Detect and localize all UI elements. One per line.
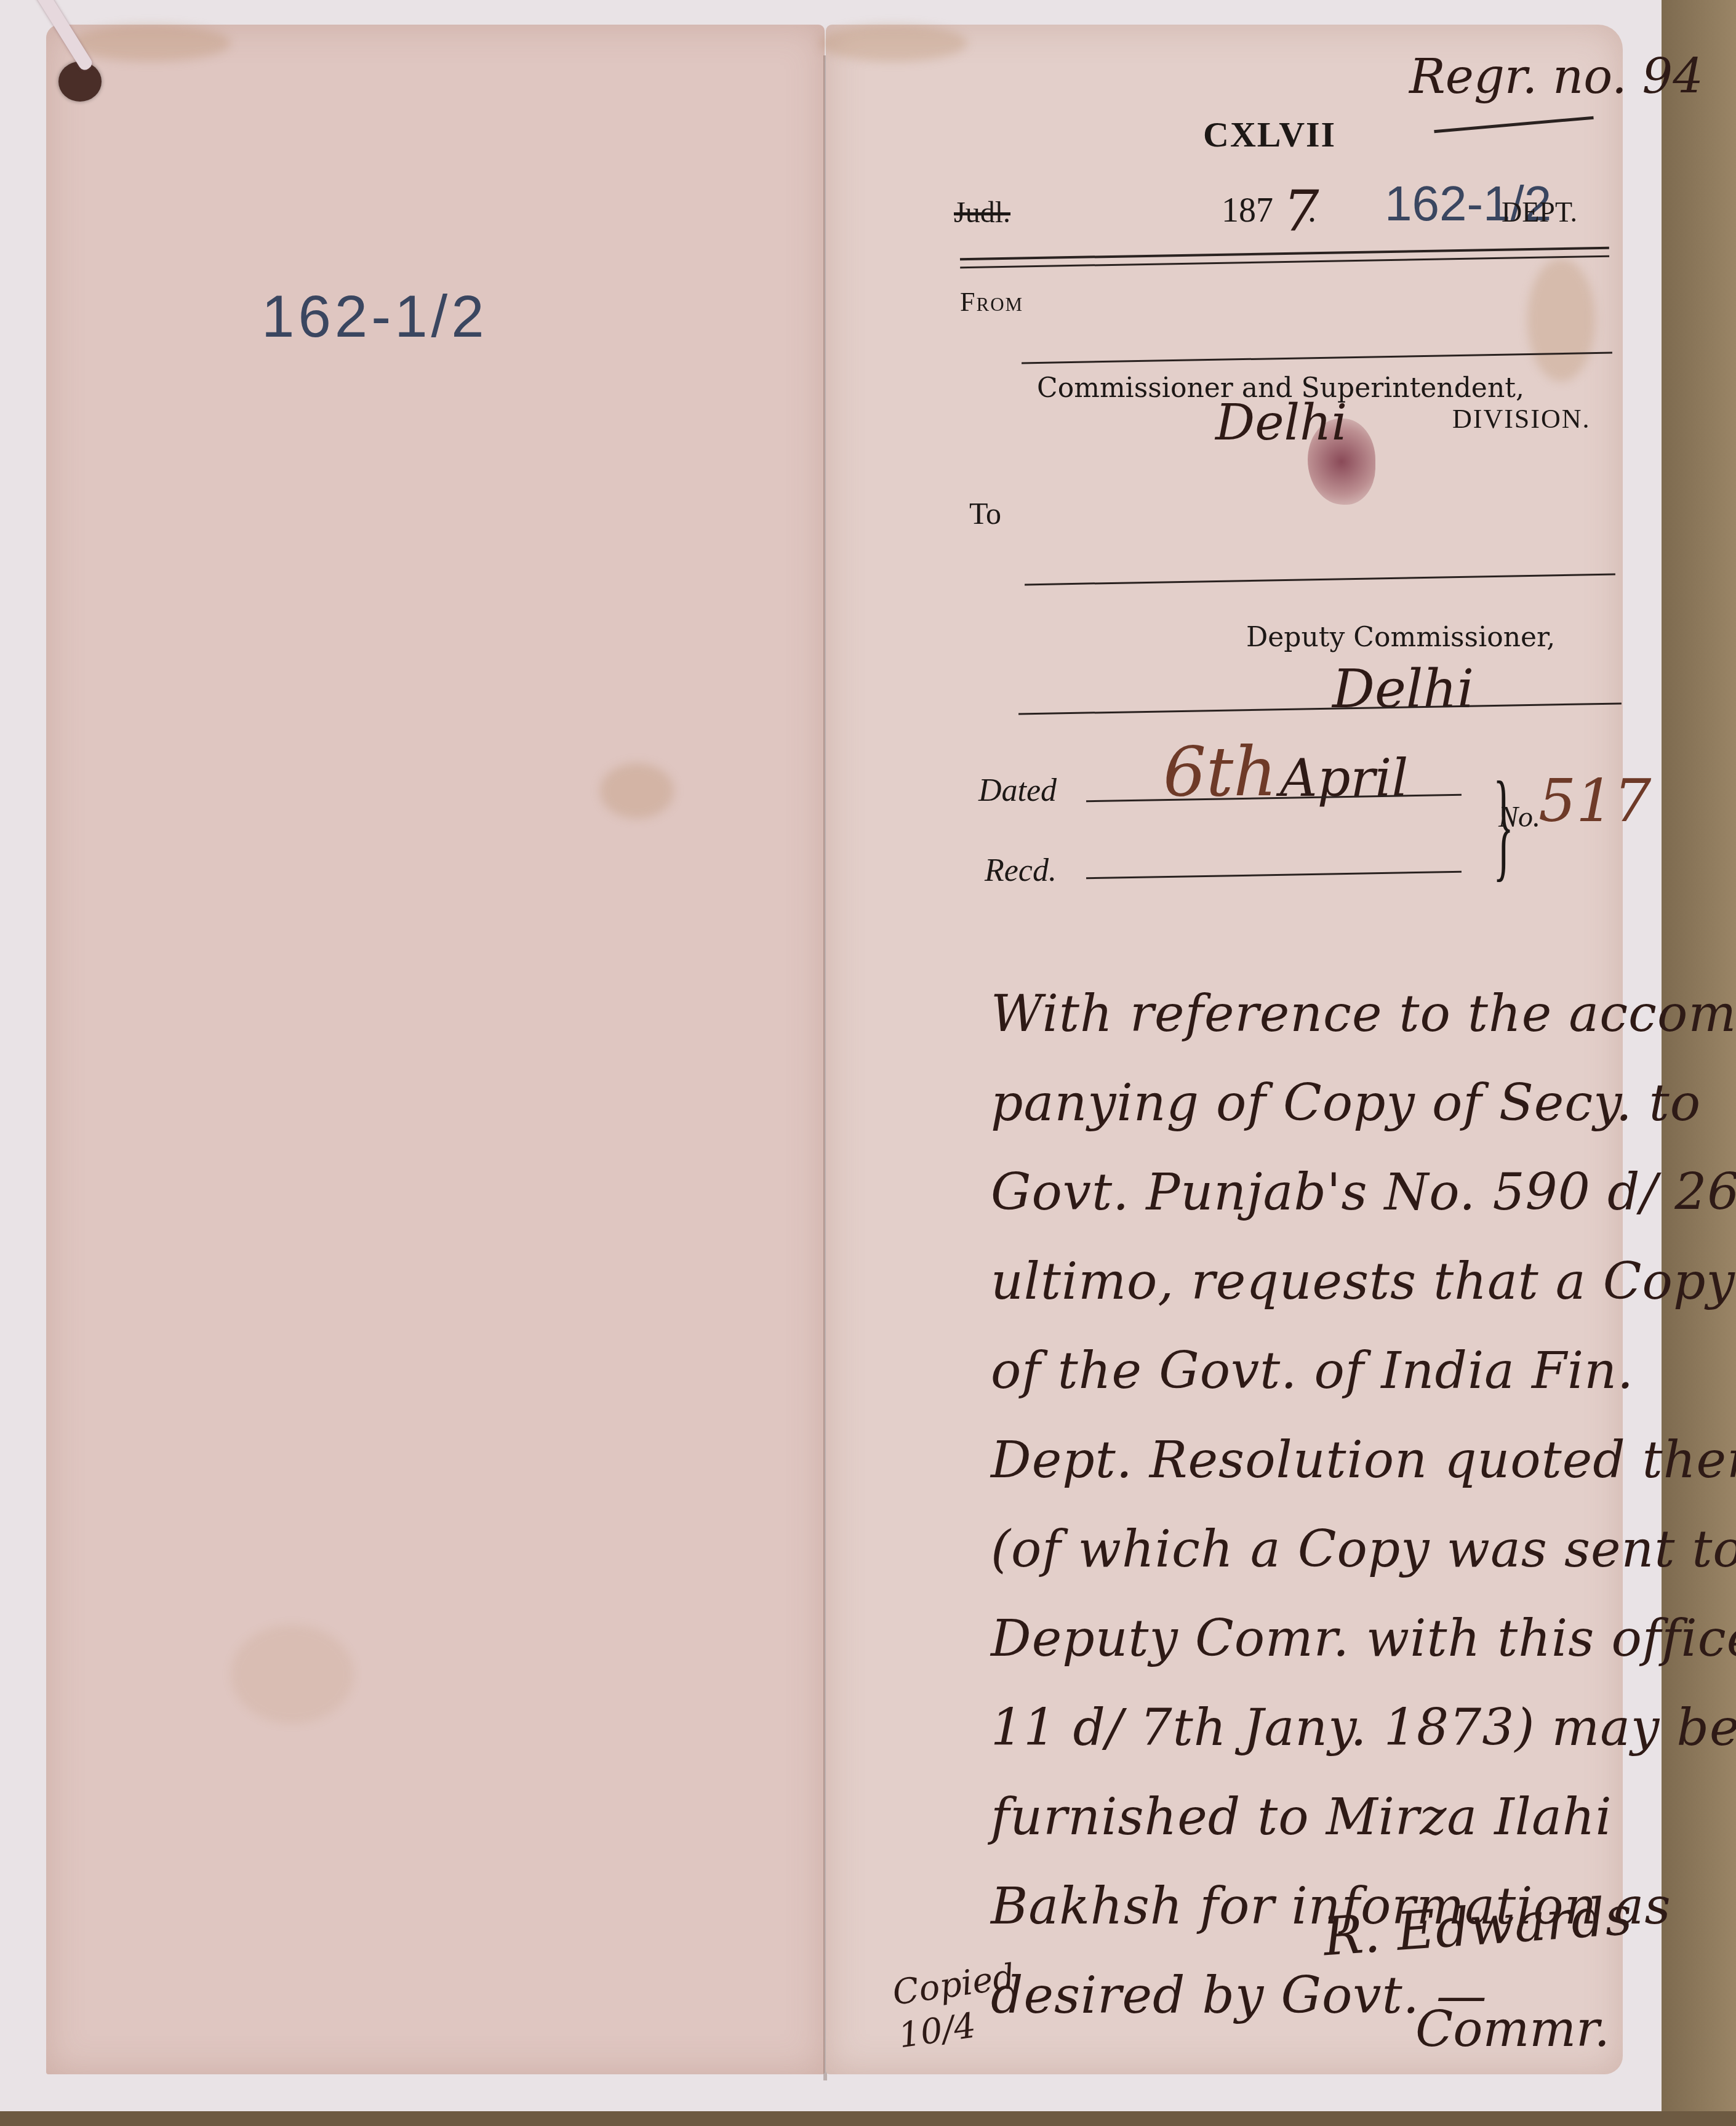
foxing-spot <box>600 763 674 819</box>
body-line: panying of Copy of Secy. to <box>991 1059 1643 1148</box>
from-label: From <box>960 286 1023 318</box>
series-numeral: CXLVII <box>1203 114 1336 155</box>
to-title: Deputy Commissioner, <box>1246 622 1555 653</box>
year-suffix: . <box>1308 191 1316 230</box>
handwritten-body: With reference to the accom- panying of … <box>991 969 1643 2040</box>
dated-month: April <box>1280 748 1408 808</box>
to-label: To <box>969 495 1001 531</box>
body-line: furnished to Mirza Ilahi <box>991 1773 1643 1862</box>
body-line: (of which a Copy was sent to <box>991 1505 1643 1594</box>
recd-label: Recd. <box>985 852 1057 889</box>
foxing-spot <box>231 1625 354 1723</box>
body-line: of the Govt. of India Fin. <box>991 1326 1643 1416</box>
year-printed: 187 <box>1222 191 1273 230</box>
number-label: No. <box>1498 800 1540 834</box>
body-line: Deputy Comr. with this office No. <box>991 1594 1643 1683</box>
left-pencil-reference: 162-1/2 <box>262 283 488 351</box>
number-value: 517 <box>1538 766 1651 835</box>
division-label: DIVISION. <box>1452 403 1591 435</box>
endorsement-note: Copied 10/4 <box>890 1956 1024 2058</box>
body-line: 11 d/ 7th Jany. 1873) may be <box>991 1683 1643 1773</box>
struck-department: Judl. <box>954 196 1010 230</box>
body-line: With reference to the accom- <box>991 969 1643 1059</box>
edge-stain <box>1527 259 1595 382</box>
dated-label: Dated <box>978 772 1057 809</box>
edge-stain <box>820 25 967 62</box>
register-note: Regr. no. 94 <box>1409 49 1703 105</box>
backing-board-edge <box>1662 0 1736 2126</box>
backing-board-bottom <box>0 2111 1736 2126</box>
body-line: Govt. Punjab's No. 590 d/ 26th <box>991 1148 1643 1237</box>
from-place: Delhi <box>1215 394 1347 451</box>
left-page-panel: 162-1/2 <box>46 25 825 2074</box>
body-line: ultimo, requests that a Copy <box>991 1237 1643 1326</box>
body-line: Dept. Resolution quoted therein <box>991 1416 1643 1505</box>
signature-title: Commr. <box>1415 2000 1610 2058</box>
edge-stain <box>71 25 231 62</box>
to-place: Delhi <box>1332 659 1474 720</box>
dept-label: DEPT. <box>1502 196 1577 228</box>
